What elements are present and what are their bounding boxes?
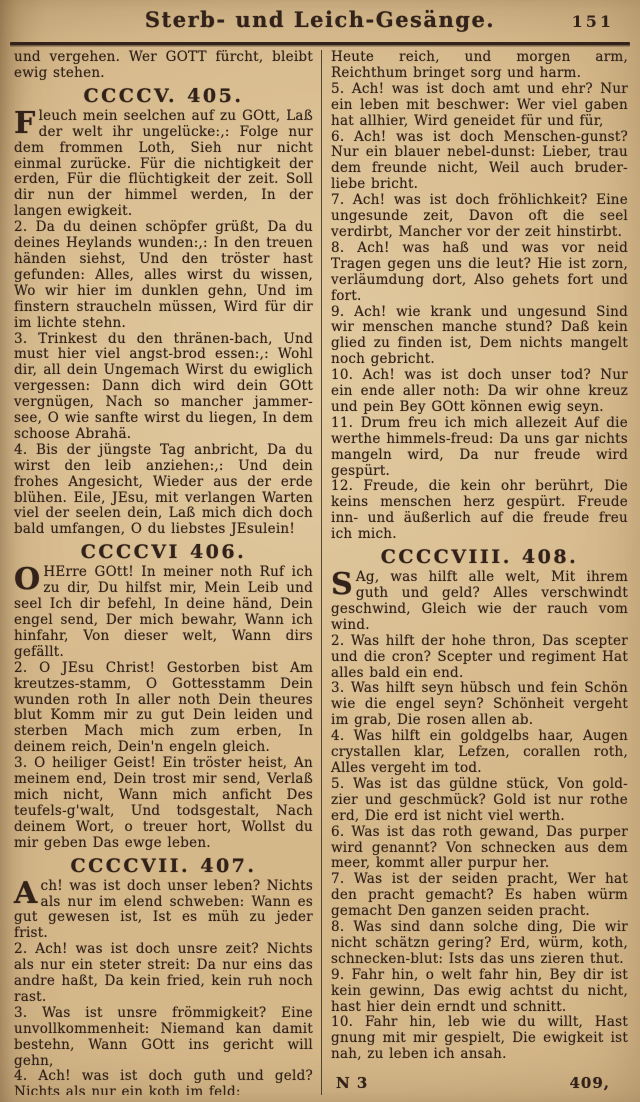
- verse-paragraph: 10. Fahr hin, leb wie du willt, Hast gnu…: [331, 1015, 628, 1063]
- verse-paragraph: SAg, was hilft alle welt, Mit ihrem guth…: [331, 570, 628, 634]
- verse-paragraph: 7. Ach! was ist doch fröhlichkeit? Eine …: [331, 193, 628, 241]
- verse-paragraph: 10. Ach! was ist doch unser tod? Nur ein…: [331, 368, 628, 416]
- verse-paragraph: 3. Was ist unsre frömmigkeit? Eine unvol…: [14, 1006, 313, 1070]
- verse-paragraph: 4. Ach! was ist doch guth und geld? Nich…: [14, 1069, 313, 1095]
- continuation-paragraph: und vergehen. Wer GOTT fürcht, bleibt ew…: [14, 50, 313, 82]
- verse-paragraph: 7. Was ist der seiden pracht, Wer hat de…: [331, 872, 628, 920]
- verse-paragraph: 4. Was hilft ein goldgelbs haar, Augen c…: [331, 729, 628, 777]
- verse-paragraph: 4. Bis der jüngste Tag anbricht, Da du w…: [14, 443, 313, 538]
- book-page: Sterb- und Leich-Gesänge. 151 und vergeh…: [0, 0, 640, 1102]
- hymn-heading: CCCCVIII. 408.: [331, 546, 628, 568]
- column-right: Heute reich, und morgen arm, Reichthum b…: [321, 50, 628, 1095]
- page-footer: N 3 409,: [336, 1074, 610, 1092]
- verse-paragraph: 11. Drum freu ich mich allezeit Auf die …: [331, 416, 628, 480]
- hymn-heading: CCCCV. 405.: [14, 85, 313, 107]
- page-header: Sterb- und Leich-Gesänge. 151: [0, 0, 640, 39]
- verse-paragraph: 2. Was hilft der hohe thron, Das scepter…: [331, 634, 628, 682]
- verse-paragraph: Fleuch mein seelchen auf zu GOtt, Laß de…: [14, 109, 313, 220]
- hymn-heading: CCCCVI 406.: [14, 541, 313, 563]
- verse-paragraph: 12. Freude, die kein ohr berührt, Die ke…: [331, 479, 628, 543]
- dropcap-initial: F: [14, 109, 39, 138]
- verse-paragraph: 3. O heiliger Geist! Ein tröster heist, …: [14, 756, 313, 851]
- verse-paragraph: 5. Was ist das güldne stück, Von gold-zi…: [331, 777, 628, 825]
- signature-mark: N 3: [336, 1074, 368, 1092]
- verse-paragraph: 2. Da du deinen schöpfer grüßt, Da du de…: [14, 220, 313, 331]
- page-title: Sterb- und Leich-Gesänge.: [145, 7, 495, 32]
- verse-paragraph: 5. Ach! was ist doch amt und ehr? Nur ei…: [331, 82, 628, 130]
- verse-paragraph: 8. Ach! was haß und was vor neid Tragen …: [331, 241, 628, 305]
- hymn-heading: CCCCVII. 407.: [14, 855, 313, 877]
- continuation-paragraph: Heute reich, und morgen arm, Reichthum b…: [331, 50, 628, 82]
- verse-paragraph: Ach! was ist doch unser leben? Nichts al…: [14, 879, 313, 943]
- verse-paragraph: OHErre GOtt! In meiner noth Ruf ich zu d…: [14, 565, 313, 660]
- verse-paragraph: 3. Was hilft seyn hübsch und fein Schön …: [331, 681, 628, 729]
- dropcap-initial: S: [331, 570, 356, 599]
- dropcap-initial: A: [14, 879, 41, 908]
- verse-paragraph: 9. Fahr hin, o welt fahr hin, Bey dir is…: [331, 968, 628, 1016]
- verse-paragraph: 2. Ach! was ist doch unsre zeit? Nichts …: [14, 942, 313, 1006]
- text-columns: und vergehen. Wer GOTT fürcht, bleibt ew…: [0, 45, 640, 1095]
- verse-paragraph: 3. Trinkest du den thränen-bach, Und mus…: [14, 332, 313, 443]
- page-number: 151: [572, 12, 614, 31]
- verse-paragraph: 2. O JEsu Christ! Gestorben bist Am kreu…: [14, 661, 313, 756]
- catchword: 409,: [569, 1074, 610, 1092]
- verse-paragraph: 9. Ach! wie krank und ungesund Sind wir …: [331, 305, 628, 369]
- dropcap-initial: O: [14, 565, 43, 594]
- verse-paragraph: 6. Ach! was ist doch Menschen-gunst? Nur…: [331, 130, 628, 194]
- column-left: und vergehen. Wer GOTT fürcht, bleibt ew…: [14, 50, 321, 1095]
- verse-paragraph: 6. Was ist das roth gewand, Das purper w…: [331, 825, 628, 873]
- verse-paragraph: 8. Was sind dann solche ding, Die wir ni…: [331, 920, 628, 968]
